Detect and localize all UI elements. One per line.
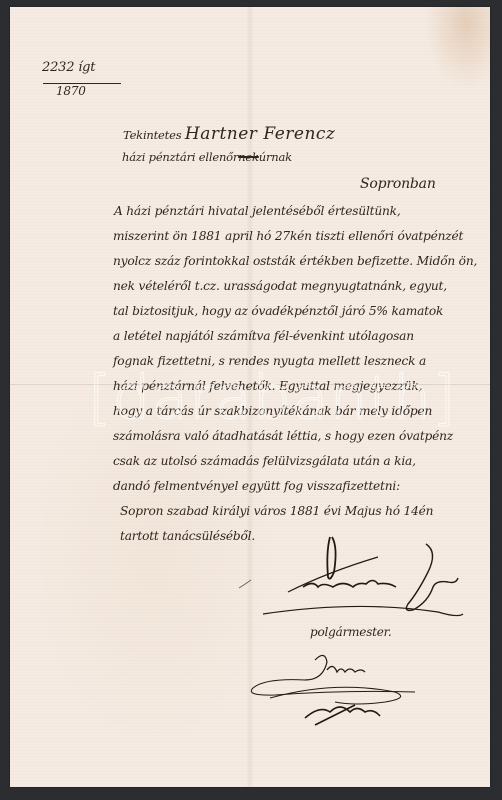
body-line: dandó felmentvényel együtt fog visszafiz… [113,479,400,493]
signatory-title: polgármester. [310,625,392,639]
addressee-title-text: házi pénztári ellenőr [122,150,238,164]
body-line: a letétel napjától számítva fél-évenkint… [113,329,414,343]
addressee-title-suffix: úrnak [259,150,292,164]
body-line: tartott tanácsüléséből. [120,529,255,543]
addressee-title: házi pénztári ellenőrnekúrnak [122,150,292,164]
body-line: miszerint ön 1881 april hó 27kén tiszti … [113,229,463,243]
clerk-signature [245,650,455,730]
reference-year: 1870 [56,84,86,98]
mayor-signature [258,532,468,622]
watermark: [darabanth] [88,368,457,428]
body-line: nyolcz száz forintokkal oststák értékben… [113,254,477,268]
body-line: csak az utolsó számadás felülvizsgálata … [113,454,416,468]
addressee-name: Hartner Ferencz [185,124,336,144]
salutation-prefix: Tekintetes [123,128,181,142]
salutation: Tekintetes Hartner Ferencz [123,124,335,144]
reference-number: 2232 ígt [42,60,95,75]
body-line: nek vételéről t.cz. urasságodat megnyugt… [113,279,447,293]
struck-text: nek [238,150,259,164]
body-line: tal biztositjuk, hogy az óvadékpénztől j… [113,304,443,318]
body-line: Sopron szabad királyi város 1881 évi Maj… [120,504,433,518]
body-line: A házi pénztári hivatal jelentéséből ért… [114,204,401,218]
stray-pen-mark [238,579,252,589]
place-name: Sopronban [360,176,436,192]
